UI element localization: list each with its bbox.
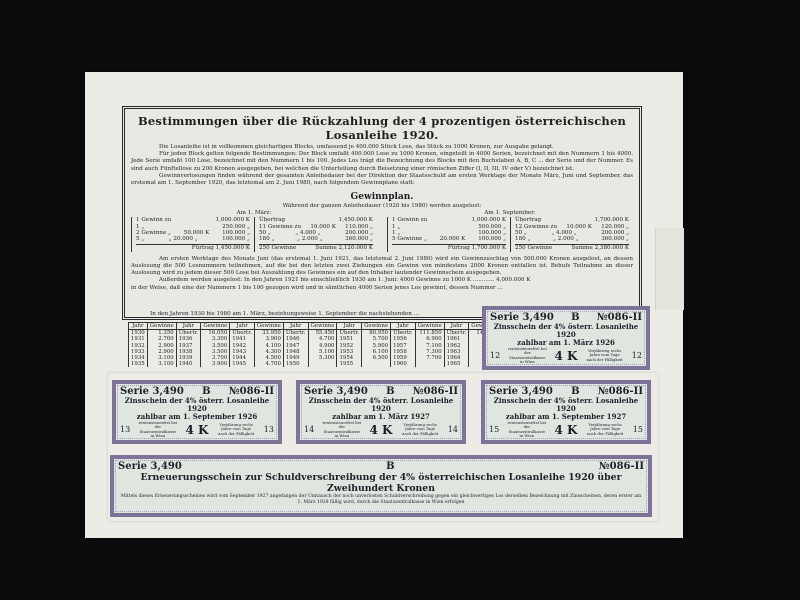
year-cell: 1940 — [176, 361, 201, 367]
col-header: Jahr — [176, 323, 201, 330]
coupon-14[interactable]: Serie 3,490B№086-II Zinsschein der 4% ös… — [296, 380, 466, 444]
march-sum: Summe 2,120.000 K — [315, 245, 373, 252]
september-heading: Am 1. September: — [387, 210, 633, 216]
table-caption: In den Jahren 1930 bis 1980 am 1. März, … — [150, 311, 419, 317]
prizes-cell: 3.900 — [201, 361, 230, 367]
coupon-title: Zinsschein der 4% österr. Losanleihe 192… — [116, 397, 278, 413]
prize-plan-march: Am 1. März: 1 Gewinn zu1,000.000 K 1 „25… — [131, 210, 377, 252]
prizes-cell: 16.050 — [201, 330, 230, 337]
col-header: Gewinne — [254, 323, 283, 330]
coupon-number: №086-II — [413, 386, 458, 397]
year-cell: 1955 — [337, 361, 362, 367]
table-row: 19301.350Übertr.16.050Übertr.33.950Übert… — [129, 330, 489, 337]
renewal-coupon[interactable]: Serie 3,490B№086-II Erneuerungsschein zu… — [110, 455, 652, 517]
prize-plan: Am 1. März: 1 Gewinn zu1,000.000 K 1 „25… — [131, 210, 633, 252]
paragraph-3: Gewinnverlosungen finden während der ges… — [131, 173, 633, 187]
coupon-index: 12 — [632, 351, 642, 360]
coupon-12[interactable]: Serie 3,490B№086-II Zinsschein der 4% ös… — [482, 306, 650, 370]
prizes-cell: 55.450 — [308, 330, 337, 337]
coupon-13[interactable]: Serie 3,490B№086-II Zinsschein der 4% ös… — [112, 380, 282, 444]
june-paragraph: Am ersten Werktage des Monats Juni (das … — [131, 256, 633, 278]
march-right-column: Übertrag1,450.000 K 11 Gewinne zu10.000 … — [254, 217, 377, 252]
additional-draws-2: in der Weise, daß eine der Nummern 1 bis… — [131, 285, 633, 292]
prizes-cell — [362, 361, 391, 367]
col-header: Gewinne — [308, 323, 337, 330]
year-cell: 1935 — [129, 361, 148, 367]
coupon-due-date: zahlbar am 1. September 1927 — [485, 413, 647, 421]
col-header: Jahr — [391, 323, 416, 330]
prize-amount: 100.000 „ — [222, 236, 250, 242]
coupon-amount: 4 K — [555, 349, 578, 363]
coupon-number: №086-II — [599, 461, 644, 472]
gewinnplan-title: Gewinnplan. — [131, 192, 633, 202]
tax-note: rentensteuerfrei bei der Staatszentralka… — [507, 347, 547, 364]
paragraph-1: Die Losanleihe ist in vollkommen gleicha… — [131, 144, 633, 151]
expiry-note: Verjährung sechs Jahre vom Tage nach der… — [400, 423, 440, 436]
col-header: Jahr — [444, 323, 469, 330]
prize-plan-september: Am 1. September: 1 Gewinn zu1,000.000 K … — [387, 210, 633, 252]
col-header: Gewinne — [415, 323, 444, 330]
prize-amount: 100.000 „ — [478, 236, 506, 242]
coupon-amount: 4 K — [370, 423, 393, 437]
year-cell: 1950 — [283, 361, 308, 367]
expiry-note: Verjährung sechs Jahre vom Tage nach der… — [585, 349, 625, 362]
serie-label: Serie — [489, 386, 518, 397]
col-header: Jahr — [283, 323, 308, 330]
prizes-cell: 111.850 — [415, 330, 444, 337]
table-header-row: Jahr Gewinne Jahr Gewinne Jahr Gewinne J… — [129, 323, 489, 330]
september-subtotal: Fürtrag 1,700.000 K — [392, 244, 506, 252]
coupon-due-date: zahlbar am 1. März 1926 — [486, 339, 646, 347]
coupon-title: Zinsschein der 4% österr. Losanleihe 192… — [486, 323, 646, 339]
serie-label: Serie — [118, 461, 147, 472]
coupon-amount: 4 K — [186, 423, 209, 437]
serie-number: 3,490 — [153, 386, 184, 397]
col-header: Jahr — [129, 323, 148, 330]
prize-unit: 20.000 K — [440, 236, 466, 242]
coupon-index: 13 — [120, 425, 130, 434]
serie-label: Serie — [490, 312, 519, 323]
year-prizes-table: Jahr Gewinne Jahr Gewinne Jahr Gewinne J… — [128, 322, 488, 376]
year-cell: Übertr. — [176, 330, 201, 337]
paper-flap — [655, 228, 684, 310]
prize-unit: „ 2.000 „ — [553, 236, 578, 242]
september-count: 250 Gewinne — [515, 245, 552, 252]
september-right-column: Übertrag1,700.000 K 12 Gewinne zu10.000 … — [510, 217, 633, 252]
year-cell: 1965 — [444, 361, 469, 367]
march-count: 250 Gewinne — [259, 245, 296, 252]
prizes-cell: 80.950 — [362, 330, 391, 337]
coupon-title: Zinsschein der 4% österr. Losanleihe 192… — [300, 397, 462, 413]
prize-label: 180 „ — [515, 236, 530, 242]
block-letter: B — [202, 386, 210, 397]
serie-number: 3,490 — [337, 386, 368, 397]
prize-unit: „ 2.000 „ — [297, 236, 322, 242]
coupon-index: 14 — [304, 425, 314, 434]
year-cell: 1930 — [129, 330, 148, 337]
serie-label: Serie — [120, 386, 149, 397]
year-cell: Übertr. — [337, 330, 362, 337]
year-cell: Übertr. — [444, 330, 469, 337]
september-left-column: 1 Gewinn zu1,000.000 K 1 „500.000 „ 1 „1… — [388, 217, 510, 252]
coupon-index: 13 — [264, 425, 274, 434]
tax-note: rentensteuerfrei bei der Staatszentralka… — [138, 421, 178, 438]
col-header: Gewinne — [201, 323, 230, 330]
expiry-note: Verjährung sechs Jahre vom Tage nach der… — [585, 423, 625, 436]
renewal-title: Erneuerungsschein zur Schuldverschreibun… — [114, 472, 648, 494]
march-left-column: 1 Gewinn zu1,000.000 K 1 „250.000 „ 2 Ge… — [132, 217, 254, 252]
prize-label: 180 „ — [259, 236, 274, 242]
coupon-index: 15 — [489, 425, 499, 434]
serie-number: 3,490 — [522, 386, 553, 397]
coupon-amount: 4 K — [555, 423, 578, 437]
coupon-number: №086-II — [598, 386, 643, 397]
document-title: Bestimmungen über die Rückzahlung der 4 … — [131, 114, 633, 142]
prizes-cell: 4.700 — [254, 361, 283, 367]
prizes-cell: 1.350 — [147, 330, 176, 337]
col-header: Gewinne — [362, 323, 391, 330]
col-header: Jahr — [337, 323, 362, 330]
coupon-due-date: zahlbar am 1. März 1927 — [300, 413, 462, 421]
prize-label: 5 Gewinne „ — [392, 236, 427, 242]
block-letter: B — [571, 312, 579, 323]
serie-label: Serie — [304, 386, 333, 397]
expiry-note: Verjährung sechs Jahre vom Tage nach der… — [216, 423, 256, 436]
coupon-index: 14 — [448, 425, 458, 434]
coupon-number: №086-II — [229, 386, 274, 397]
september-sum: Summe 2,380.000 K — [571, 245, 629, 252]
prizes-cell: 33.950 — [254, 330, 283, 337]
year-cell: 1960 — [391, 361, 416, 367]
gewinnplan-subtitle: Während der ganzen Anleihedauer (1920 bi… — [131, 203, 633, 209]
prize-amount: 360.000 „ — [345, 236, 373, 242]
col-header: Gewinne — [147, 323, 176, 330]
coupon-number: №086-II — [597, 312, 642, 323]
year-cell: Übertr. — [391, 330, 416, 337]
coupon-15[interactable]: Serie 3,490B№086-II Zinsschein der 4% ös… — [481, 380, 651, 444]
prize-label: 5 „ — [136, 236, 144, 242]
prizes-cell — [415, 361, 444, 367]
year-cell: 1932 — [129, 343, 148, 349]
coupon-title: Zinsschein der 4% österr. Losanleihe 192… — [485, 397, 647, 413]
march-subtotal: Fürtrag 1,450.000 K — [136, 244, 250, 252]
prizes-cell — [308, 361, 337, 367]
block-letter: B — [386, 386, 394, 397]
block-letter: B — [571, 386, 579, 397]
additional-draws: Außerdem werden ausgelost: In den Jahren… — [131, 277, 633, 284]
prize-amount: 360.000 „ — [601, 236, 629, 242]
prize-unit: „ 20.000 „ — [169, 236, 198, 242]
col-header: Jahr — [230, 323, 255, 330]
block-letter: B — [386, 461, 394, 472]
tax-note: rentensteuerfrei bei der Staatszentralka… — [507, 421, 547, 438]
year-cell: Übertr. — [283, 330, 308, 337]
coupon-due-date: zahlbar am 1. September 1926 — [116, 413, 278, 421]
year-cell: Übertr. — [230, 330, 255, 337]
terms-box: Bestimmungen über die Rückzahlung der 4 … — [122, 106, 642, 320]
tax-note: rentensteuerfrei bei der Staatszentralka… — [322, 421, 362, 438]
year-cell: 1931 — [129, 336, 148, 342]
serie-number: 3,490 — [151, 461, 182, 472]
prizes-cell: 3.100 — [147, 361, 176, 367]
year-cell: 1945 — [230, 361, 255, 367]
renewal-text: Mittels dieses Erneuerungsscheines wird … — [114, 494, 648, 505]
paragraph-2: Für jeden Block gelten folgende Bestimmu… — [131, 151, 633, 173]
coupon-index: 15 — [633, 425, 643, 434]
serie-number: 3,490 — [523, 312, 554, 323]
coupon-index: 12 — [490, 351, 500, 360]
march-heading: Am 1. März: — [131, 210, 377, 216]
table-row: 19353.10019403.90019454.7001950195519601… — [129, 361, 489, 367]
